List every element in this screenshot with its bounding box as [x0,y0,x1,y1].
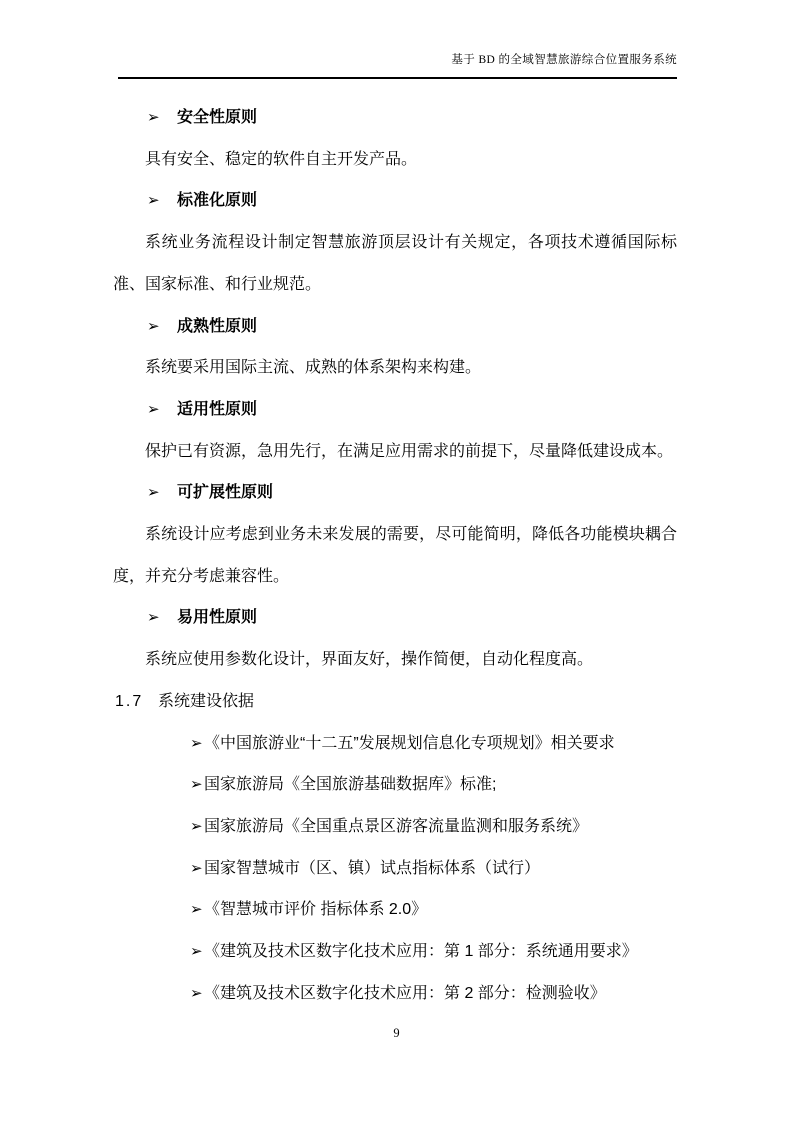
bullet-heading: ➢适用性原则 [113,389,677,431]
bullet-heading-text: 可扩展性原则 [177,484,273,501]
paragraph-line: 保护已有资源，急用先行，在满足应用需求的前提下，尽量降低建设成本。 [113,431,677,473]
paragraph-line: 准、国家标准、和行业规范。 [113,264,677,306]
arrow-bullet-icon: ➢ [190,889,204,931]
section-heading-text: 系统建设依据 [158,693,254,710]
arrow-bullet-icon: ➢ [147,472,177,514]
list-item-text: 国家智慧城市（区、镇）试点指标体系（试行） [204,860,540,877]
paragraph-line: 具有安全、稳定的软件自主开发产品。 [113,139,677,181]
paragraph-line: 度，并充分考虑兼容性。 [113,556,677,598]
bullet-heading-text: 安全性原则 [177,109,257,126]
bullet-heading-text: 适用性原则 [177,401,257,418]
list-item: ➢《建筑及技术区数字化技术应用：第 2 部分：检测验收》 [113,973,677,1015]
bullet-heading: ➢成熟性原则 [113,306,677,348]
list-item: ➢《智慧城市评价 指标体系 2.0》 [113,889,677,931]
section-heading: 1.7系统建设依据 [113,681,677,723]
bullet-heading: ➢易用性原则 [113,597,677,639]
arrow-bullet-icon: ➢ [147,597,177,639]
page-number: 9 [0,1026,793,1041]
list-item: ➢国家旅游局《全国旅游基础数据库》标准; [113,764,677,806]
arrow-bullet-icon: ➢ [190,973,204,1015]
paragraph-line: 系统设计应考虑到业务未来发展的需要，尽可能简明，降低各功能模块耦合 [113,514,677,556]
list-item: ➢《中国旅游业“十二五”发展规划信息化专项规划》相关要求 [113,723,677,765]
section-number: 1.7 [115,681,158,723]
list-item-text: 《中国旅游业“十二五”发展规划信息化专项规划》相关要求 [204,735,615,752]
arrow-bullet-icon: ➢ [147,180,177,222]
list-item-text: 国家旅游局《全国重点景区游客流量监测和服务系统》 [204,818,588,835]
arrow-bullet-icon: ➢ [190,848,204,890]
document-page: 基于 BD 的全域智慧旅游综合位置服务系统 ➢安全性原则具有安全、稳定的软件自主… [0,0,793,1122]
arrow-bullet-icon: ➢ [190,806,204,848]
arrow-bullet-icon: ➢ [147,389,177,431]
list-item-text: 《智慧城市评价 指标体系 2.0》 [204,901,427,918]
content-blocks: ➢安全性原则具有安全、稳定的软件自主开发产品。➢标准化原则系统业务流程设计制定智… [113,97,677,1014]
running-header-title: 基于 BD 的全域智慧旅游综合位置服务系统 [451,51,677,67]
list-item-text: 《建筑及技术区数字化技术应用：第 1 部分：系统通用要求》 [204,943,638,960]
list-item: ➢国家旅游局《全国重点景区游客流量监测和服务系统》 [113,806,677,848]
list-item-text: 国家旅游局《全国旅游基础数据库》标准; [204,776,496,793]
bullet-heading: ➢安全性原则 [113,97,677,139]
arrow-bullet-icon: ➢ [147,306,177,348]
header-rule [118,77,677,79]
paragraph-line: 系统要采用国际主流、成熟的体系架构来构建。 [113,347,677,389]
arrow-bullet-icon: ➢ [190,931,204,973]
bullet-heading: ➢标准化原则 [113,180,677,222]
arrow-bullet-icon: ➢ [190,723,204,765]
bullet-heading: ➢可扩展性原则 [113,472,677,514]
bullet-heading-text: 成熟性原则 [177,318,257,335]
paragraph-line: 系统应使用参数化设计，界面友好，操作简便，自动化程度高。 [113,639,677,681]
list-item: ➢国家智慧城市（区、镇）试点指标体系（试行） [113,848,677,890]
bullet-heading-text: 易用性原则 [177,609,257,626]
bullet-heading-text: 标准化原则 [177,192,257,209]
list-item-text: 《建筑及技术区数字化技术应用：第 2 部分：检测验收》 [204,985,606,1002]
list-item: ➢《建筑及技术区数字化技术应用：第 1 部分：系统通用要求》 [113,931,677,973]
paragraph-line: 系统业务流程设计制定智慧旅游顶层设计有关规定，各项技术遵循国际标 [113,222,677,264]
arrow-bullet-icon: ➢ [147,97,177,139]
arrow-bullet-icon: ➢ [190,764,204,806]
